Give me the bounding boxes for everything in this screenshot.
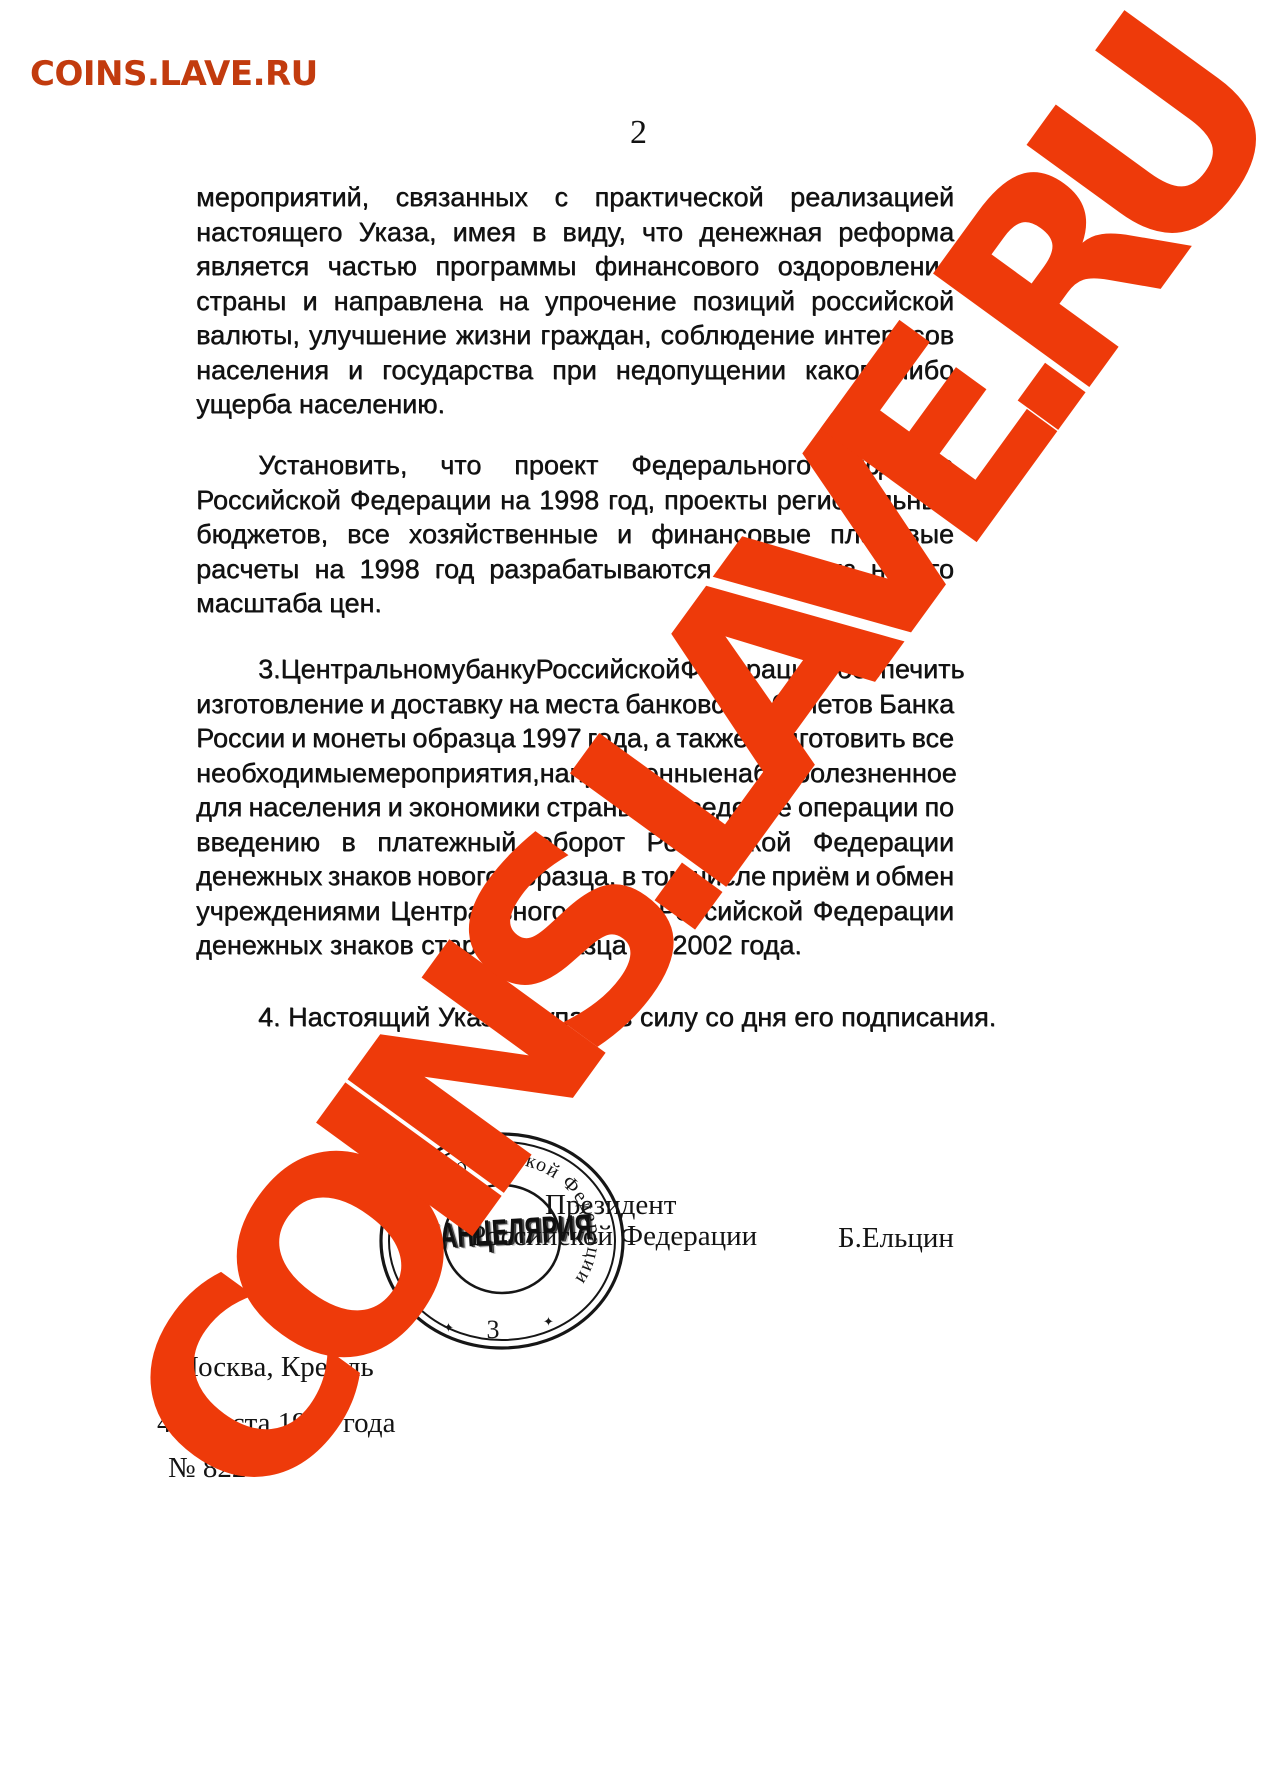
- site-logo: COINS.LAVE.RU: [30, 54, 318, 94]
- scanned-decree-page: { "branding": { "logo_text": "COINS.LAVE…: [0, 0, 1278, 1774]
- signature-name: Б.Ельцин: [838, 1222, 954, 1255]
- decree-text-line: мероприятий,связанныхспрактическойреализ…: [196, 180, 954, 215]
- page-number: 2: [630, 114, 647, 152]
- seal-star-right: ✦: [543, 1315, 554, 1330]
- decree-text-line: являетсячастьюпрограммыфинансовогооздоро…: [196, 249, 954, 284]
- decree-text-line: настоящегоУказа,имеяввиду,чтоденежнаяреф…: [196, 215, 954, 250]
